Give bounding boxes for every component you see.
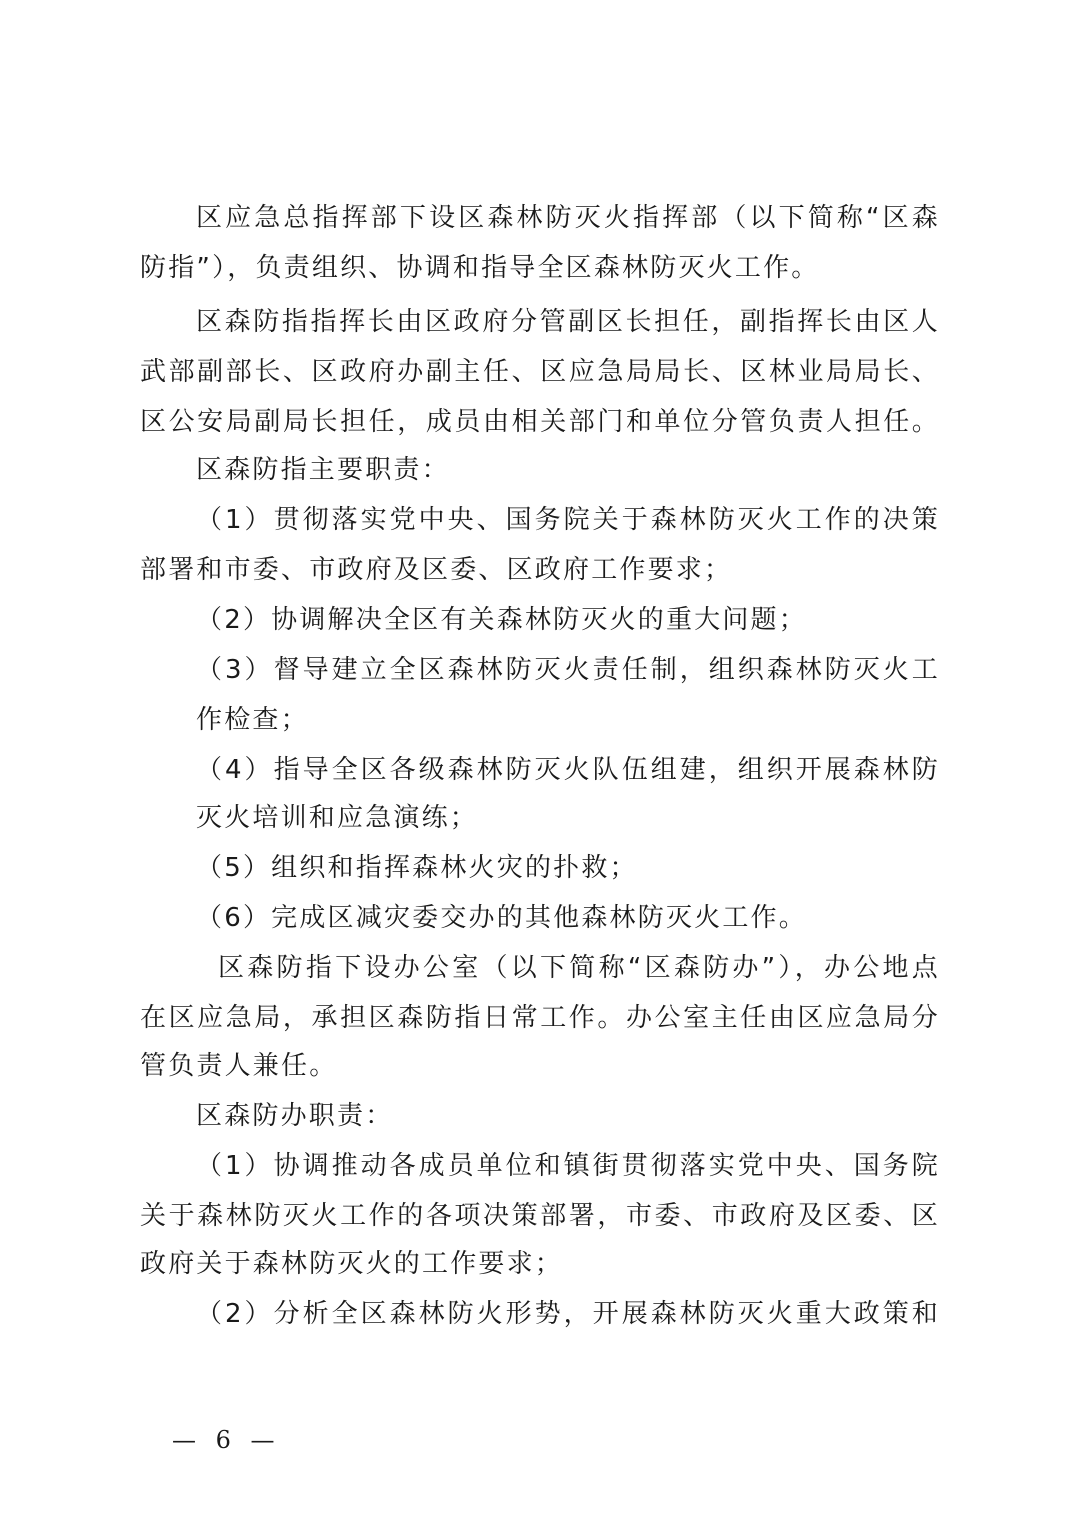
list-item-line: 政府关于森林防灭火的工作要求； [140, 1246, 940, 1282]
list-item-line: （6）完成区减灾委交办的其他森林防灭火工作。 [196, 900, 996, 936]
paragraph-line: 管负责人兼任。 [140, 1048, 940, 1084]
list-item-line: （1）协调推动各成员单位和镇街贯彻落实党中央、国务院 [196, 1148, 940, 1184]
list-item-line: （1）贯彻落实党中央、国务院关于森林防灭火工作的决策 [196, 502, 940, 538]
paragraph-line: 区森防指主要职责： [196, 452, 996, 488]
paragraph-line: 区应急总指挥部下设区森林防灭火指挥部（以下简称“区森 [196, 200, 940, 236]
list-item-line: （2）分析全区森林防火形势，开展森林防灭火重大政策和 [196, 1296, 940, 1332]
paragraph-line: 区森防指指挥长由区政府分管副区长担任，副指挥长由区人 [196, 304, 940, 340]
paragraph-line: 武部副部长、区政府办副主任、区应急局局长、区林业局局长、 [140, 354, 940, 390]
document-page: 区应急总指挥部下设区森林防灭火指挥部（以下简称“区森 防指”），负责组织、协调和… [0, 0, 1074, 1520]
paragraph-line: 防指”），负责组织、协调和指导全区森林防灭火工作。 [140, 250, 940, 286]
page-number: — 6 — [172, 1424, 281, 1456]
paragraph-line: 区公安局副局长担任，成员由相关部门和单位分管负责人担任。 [140, 404, 940, 440]
paragraph-line: 区森防指下设办公室（以下简称“区森防办”），办公地点 [218, 950, 940, 986]
list-item-line: （4）指导全区各级森林防灭火队伍组建，组织开展森林防 [196, 752, 940, 788]
paragraph-line: 在区应急局，承担区森防指日常工作。办公室主任由区应急局分 [140, 1000, 940, 1036]
list-item-line: （3）督导建立全区森林防灭火责任制，组织森林防灭火工 [196, 652, 940, 688]
list-item-line: （2）协调解决全区有关森林防灭火的重大问题； [196, 602, 996, 638]
list-item-line: （5）组织和指挥森林火灾的扑救； [196, 850, 996, 886]
list-item-line: 作检查； [196, 702, 996, 738]
list-item-line: 灭火培训和应急演练； [196, 800, 996, 836]
list-item-line: 部署和市委、市政府及区委、区政府工作要求； [140, 552, 940, 588]
paragraph-line: 区森防办职责： [196, 1098, 996, 1134]
list-item-line: 关于森林防灭火工作的各项决策部署，市委、市政府及区委、区 [140, 1198, 940, 1234]
